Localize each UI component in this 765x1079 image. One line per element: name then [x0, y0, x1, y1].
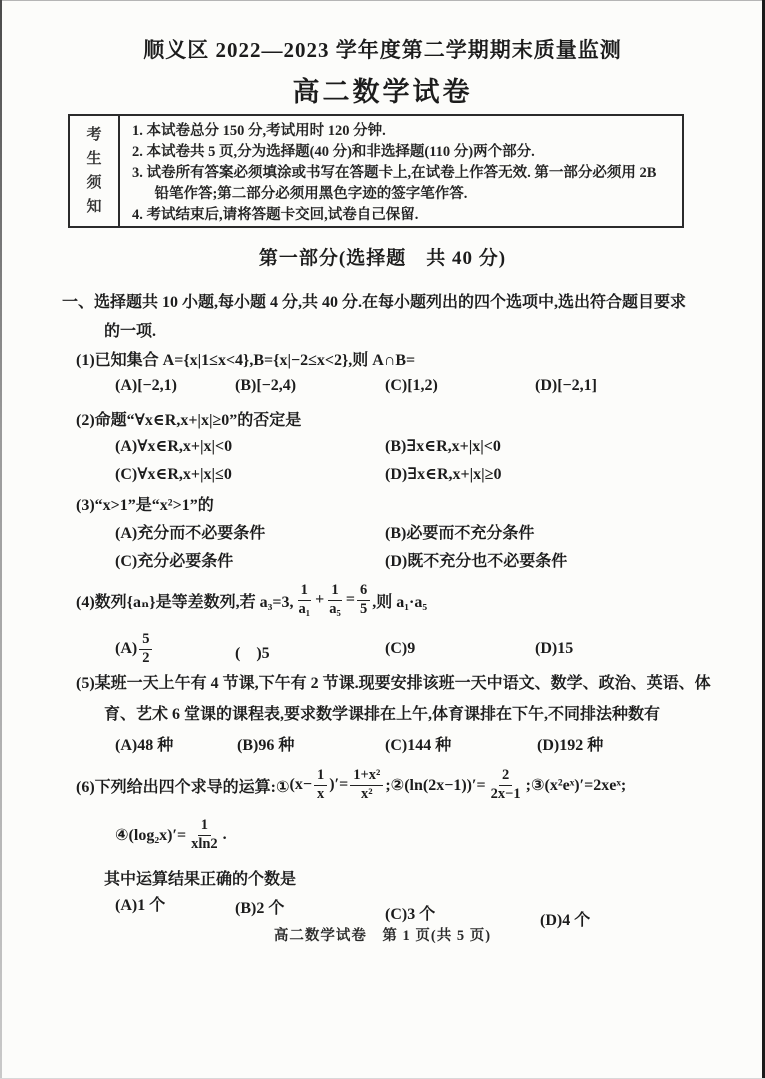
- scan-edge-left: [0, 0, 2, 1079]
- question-5-stem-line2: 育、艺术 6 堂课的课程表,要求数学课排在上午,体育课排在下午,不同排法种数有: [104, 701, 660, 724]
- q4-option-c: (C)9: [385, 640, 415, 658]
- q6-option-a: (A)1 个: [115, 892, 165, 915]
- notice-side-cell: 考生须知: [70, 116, 120, 226]
- scan-edge-top: [0, 0, 765, 1]
- q4-option-b: ( )5: [235, 640, 270, 663]
- section-heading: 第一部分(选择题 共 40 分): [0, 243, 765, 270]
- q3-option-c: (C)充分必要条件: [115, 548, 233, 571]
- notice-body: 1. 本试卷总分 150 分,考试用时 120 分钟. 2. 本试卷共 5 页,…: [120, 116, 682, 226]
- question-2-stem: (2)命题“∀x∈R,x+|x|≥0”的否定是: [76, 407, 301, 430]
- question-4-stem: (4)数列{aₙ}是等差数列,若 a₃=3,1a₁+1a₅=65,则 a₁·a₅: [76, 576, 427, 624]
- question-3-stem: (3)“x>1”是“x²>1”的: [76, 492, 214, 515]
- q2-option-d: (D)∃x∈R,x+|x|≥0: [385, 464, 501, 484]
- section-instructions-line1: 一、选择题共 10 小题,每小题 4 分,共 40 分.在每小题列出的四个选项中…: [62, 289, 686, 312]
- q5-option-d: (D)192 种: [537, 732, 603, 755]
- q1-option-c: (C)[1,2): [385, 377, 438, 395]
- q2-option-c: (C)∀x∈R,x+|x|≤0: [115, 464, 232, 484]
- q2-option-b: (B)∃x∈R,x+|x|<0: [385, 436, 501, 456]
- q1-option-d: (D)[−2,1]: [535, 377, 597, 395]
- section-instructions-line2: 的一项.: [104, 318, 156, 341]
- q5-option-a: (A)48 种: [115, 732, 173, 755]
- question-6-stem-line1: (6)下列给出四个求导的运算:①(x−1x)′=1+x²x²;②(ln(2x−1…: [76, 760, 626, 810]
- q5-option-c: (C)144 种: [385, 732, 451, 755]
- notice-item: 2. 本试卷共 5 页,分为选择题(40 分)和非选择题(110 分)两个部分.: [132, 142, 672, 163]
- question-5-stem-line1: (5)某班一天上午有 4 节课,下午有 2 节课.现要安排该班一天中语文、数学、…: [76, 670, 711, 693]
- notice-item: 1. 本试卷总分 150 分,考试用时 120 分钟.: [132, 121, 672, 142]
- q3-option-b: (B)必要而不充分条件: [385, 520, 534, 543]
- q4-option-a: (A)52: [115, 626, 154, 672]
- q6-option-c: (C)3 个: [385, 901, 435, 924]
- scanned-exam-page: 顺义区 2022—2023 学年度第二学期期末质量监测 高二数学试卷 考生须知 …: [0, 0, 765, 1079]
- question-6-stem-line2: ④(log₂x)′=1xln2.: [115, 812, 227, 858]
- notice-item: 4. 考试结束后,请将答题卡交回,试卷自己保留.: [132, 205, 672, 226]
- q4-option-d: (D)15: [535, 640, 573, 658]
- notice-side-label: 考生须知: [86, 123, 103, 219]
- exam-paper-title: 高二数学试卷: [0, 70, 765, 109]
- q1-option-a: (A)[−2,1): [115, 377, 177, 395]
- notice-item: 3. 试卷所有答案必须填涂或书写在答题卡上,在试卷上作答无效. 第一部分必须用 …: [132, 163, 672, 205]
- candidate-notice-box: 考生须知 1. 本试卷总分 150 分,考试用时 120 分钟. 2. 本试卷共…: [68, 114, 684, 228]
- question-6-stem-line3: 其中运算结果正确的个数是: [104, 866, 296, 889]
- q3-option-d: (D)既不充分也不必要条件: [385, 548, 567, 571]
- q5-option-b: (B)96 种: [237, 732, 294, 755]
- page-footer: 高二数学试卷 第 1 页(共 5 页): [0, 924, 765, 945]
- question-1-stem: (1)已知集合 A={x|1≤x<4},B={x|−2≤x<2},则 A∩B=: [76, 347, 415, 370]
- exam-session-title: 顺义区 2022—2023 学年度第二学期期末质量监测: [0, 34, 765, 64]
- q1-option-b: (B)[−2,4): [235, 377, 296, 395]
- q2-option-a: (A)∀x∈R,x+|x|<0: [115, 436, 232, 456]
- q6-option-b: (B)2 个: [235, 895, 284, 918]
- q3-option-a: (A)充分而不必要条件: [115, 520, 265, 543]
